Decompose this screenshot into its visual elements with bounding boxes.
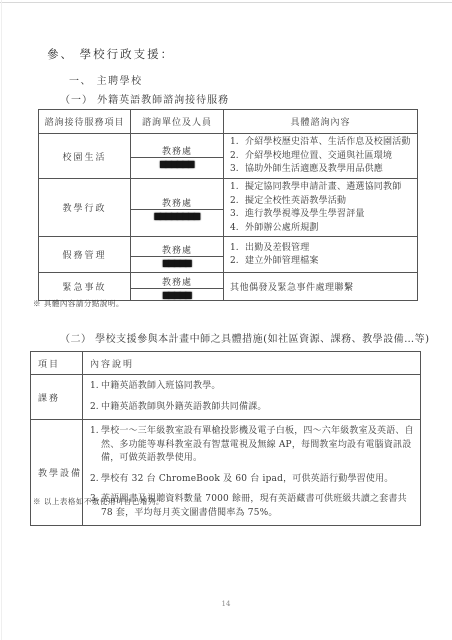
row-item-label: 教學設備 — [31, 420, 83, 526]
row-item-label: 緊急事故 — [39, 273, 131, 301]
detail-number: 1. — [230, 181, 245, 194]
row-item-label: 假務管理 — [39, 237, 131, 273]
unit-name: 教務處 — [131, 196, 223, 210]
detail-text: 介紹學校地理位置、交通與社區環境 — [245, 150, 413, 163]
page-number: 14 — [0, 600, 452, 608]
detail-number: 1. — [230, 242, 245, 255]
row-unit-cell: 教務處 ▆▆▆▆▆ — [131, 273, 224, 301]
table-row: 教學設備 1.學校一～三年級教室設有單槍投影機及電子白板，四～六年級教室及英語、… — [31, 420, 421, 526]
unit-name: 教務處 — [131, 243, 223, 257]
detail-number: 4. — [230, 222, 245, 235]
table-row: 校園生活 教務處 ▆▆▆▆▆▆ 1.介紹學校歷史沿革、生活作息及校園活動 2.介… — [39, 134, 418, 179]
redacted-unit-name: ▆▆▆▆▆ — [131, 289, 223, 299]
document-page: 參、 學校行政支援： 一、 主聘學校 （一） 外籍英語教師諮詢接待服務 諮詢接待… — [0, 0, 452, 640]
unit-name: 教務處 — [131, 275, 223, 289]
detail-number: 2. — [230, 195, 245, 208]
detail-number: 1. — [90, 380, 101, 394]
scan-artifact-top — [0, 2, 452, 3]
consultation-service-table: 諮詢接待服務項目 諮詢單位及人員 具體諮詢內容 校園生活 教務處 ▆▆▆▆▆▆ … — [38, 109, 418, 301]
detail-text: 協助外師生活適應及教學用品供應 — [245, 163, 413, 176]
row-item-label: 教學行政 — [39, 179, 131, 237]
detail-number: 3. — [230, 208, 245, 221]
detail-text: 其他偶發及緊急事件處理聯繫 — [224, 280, 417, 293]
detail-text: 擬定協同教學申請計畫、遴選協同教師 — [245, 181, 413, 194]
detail-text: 學校一～三年級教室設有單槍投影機及電子白板，四～六年級教室及英語、自然、多功能等… — [101, 425, 414, 466]
scan-artifact-left — [1, 0, 2, 640]
detail-text: 中籍英語教師與外籍英語教師共同備課。 — [101, 401, 414, 415]
table-row: 教學行政 教務處 ▆▆▆▆▆▆▆▆ 1.擬定協同教學申請計畫、遴選協同教師 2.… — [39, 179, 418, 237]
row-unit-cell: 教務處 ▆▆▆▆▆▆▆▆ — [131, 179, 224, 237]
detail-text: 外師辦公處所規劃 — [245, 222, 413, 235]
row-details-cell: 1.擬定協同教學申請計畫、遴選協同教師 2.擬定全校性英語教學活動 3.進行教學… — [224, 179, 418, 237]
redacted-unit-name: ▆▆▆▆▆▆▆▆ — [131, 210, 223, 220]
row-details-cell: 1.學校一～三年級教室設有單槍投影機及電子白板，四～六年級教室及英語、自然、多功… — [83, 420, 421, 526]
detail-number: 2. — [230, 150, 245, 163]
row-item-label: 校園生活 — [39, 134, 131, 179]
detail-number: 1. — [90, 425, 101, 466]
detail-number: 2. — [230, 255, 245, 268]
detail-number: 1. — [230, 136, 245, 149]
redacted-unit-name: ▆▆▆▆▆▆ — [131, 158, 223, 168]
row-details-cell: 其他偶發及緊急事件處理聯繫 — [224, 273, 418, 301]
table-header-row: 項目 內容說明 — [31, 352, 421, 375]
main-heading: 參、 學校行政支援： — [47, 46, 174, 62]
header-consultation-content: 具體諮詢內容 — [224, 110, 418, 134]
row-item-label: 課務 — [31, 375, 83, 420]
detail-text: 擬定全校性英語教學活動 — [245, 195, 413, 208]
section2-title: （二） 學校支援參與本計畫中師之具體措施(如社區資源、課務、教學設備…等) — [60, 330, 429, 345]
row-details-cell: 1.中籍英語教師入班協同教學。 2.中籍英語教師與外籍英語教師共同備課。 — [83, 375, 421, 420]
table-row: 課務 1.中籍英語教師入班協同教學。 2.中籍英語教師與外籍英語教師共同備課。 — [31, 375, 421, 420]
redacted-unit-name: ▆▆▆▆▆ — [131, 257, 223, 267]
row-details-cell: 1.出勤及差假管理 2.建立外師管理檔案 — [224, 237, 418, 273]
detail-text: 建立外師管理檔案 — [245, 255, 413, 268]
detail-text: 出勤及差假管理 — [245, 242, 413, 255]
detail-text: 中籍英語教師入班協同教學。 — [101, 380, 414, 394]
sub-heading: 一、 主聘學校 — [69, 72, 143, 87]
header-unit-personnel: 諮詢單位及人員 — [131, 110, 224, 134]
detail-text: 進行教學視導及學生學習評量 — [245, 208, 413, 221]
header-service-item: 諮詢接待服務項目 — [39, 110, 131, 134]
row-unit-cell: 教務處 ▆▆▆▆▆ — [131, 237, 224, 273]
detail-text: 介紹學校歷史沿革、生活作息及校園活動 — [245, 136, 413, 149]
unit-name: 教務處 — [131, 144, 223, 158]
table-row: 緊急事故 教務處 ▆▆▆▆▆ 其他偶發及緊急事件處理聯繫 — [39, 273, 418, 301]
table2-footnote: ※ 以上表格如不敷使用可自己增列。 — [33, 496, 164, 507]
section1-title: （一） 外籍英語教師諮詢接待服務 — [60, 91, 229, 106]
header-item: 項目 — [31, 352, 83, 375]
table-header-row: 諮詢接待服務項目 諮詢單位及人員 具體諮詢內容 — [39, 110, 418, 134]
row-details-cell: 1.介紹學校歷史沿革、生活作息及校園活動 2.介紹學校地理位置、交通與社區環境 … — [224, 134, 418, 179]
detail-number: 2. — [90, 473, 101, 487]
row-unit-cell: 教務處 ▆▆▆▆▆▆ — [131, 134, 224, 179]
detail-text: 學校有 32 台 ChromeBook 及 60 台 ipad，可供英語行動學習… — [101, 473, 414, 487]
detail-number: 3. — [230, 163, 245, 176]
header-description: 內容說明 — [83, 352, 421, 375]
table-row: 假務管理 教務處 ▆▆▆▆▆ 1.出勤及差假管理 2.建立外師管理檔案 — [39, 237, 418, 273]
table1-footnote: ※ 具體內容請分點說明。 — [33, 298, 124, 309]
detail-number: 2. — [90, 401, 101, 415]
